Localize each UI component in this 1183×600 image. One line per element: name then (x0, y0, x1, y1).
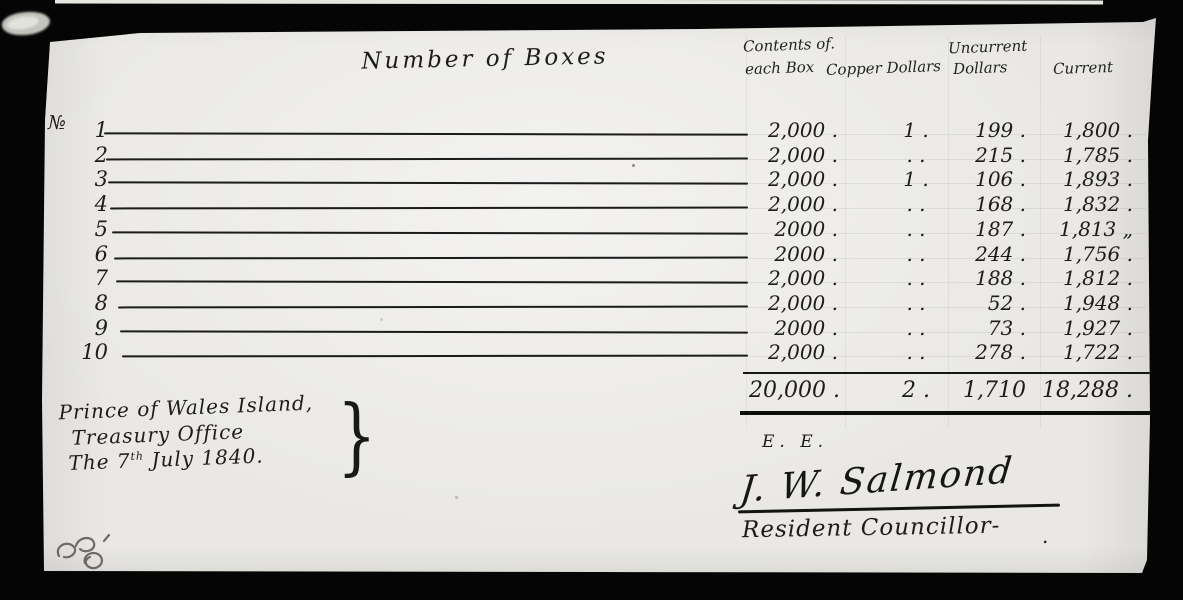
cell-copper-dollars: . . (885, 266, 947, 290)
totals-rule-above (743, 372, 1158, 374)
film-edge-sliver (55, 0, 1103, 4)
table-row: 32,000 .1 .106 .1,893 . (40, 167, 1160, 193)
cell-copper-dollars: . . (885, 242, 947, 266)
total-copper: 2 . (885, 378, 947, 403)
row-number: 9 (80, 316, 108, 340)
signature-role-period: . (1042, 524, 1048, 548)
row-rule-line (116, 281, 748, 284)
cell-copper-dollars: . . (885, 291, 947, 315)
total-contents: 20,000 . (732, 378, 840, 403)
row-number: 2 (80, 143, 108, 167)
row-rule-line (106, 157, 748, 160)
row-number: 6 (80, 242, 108, 266)
cell-contents: 2,000 . (738, 167, 838, 191)
header-uncurrent-line1: Uncurrent (948, 37, 1028, 58)
header-contents-line1: Contents of. (743, 34, 836, 55)
cell-copper-dollars: . . (885, 192, 947, 216)
cell-current-dollars: 1,812 . (1033, 266, 1133, 290)
cell-copper-dollars: 1 . (885, 118, 947, 142)
cell-copper-dollars: . . (885, 143, 947, 167)
row-rule-line (114, 256, 748, 259)
totals-rule-below (740, 411, 1162, 415)
cell-current-dollars: 1,948 . (1033, 291, 1133, 315)
table-row: 82,000 .. .52 .1,948 . (40, 291, 1160, 317)
header-contents-line2: each Box (745, 58, 815, 78)
cell-uncurrent-dollars: 168 . (948, 192, 1026, 216)
cell-contents: 2,000 . (738, 118, 838, 142)
row-number: 7 (80, 266, 108, 290)
total-uncurrent: 1,710 (948, 378, 1026, 403)
row-number: 10 (80, 340, 108, 364)
table-title: Number of Boxes (320, 43, 650, 76)
header-current: Current (1053, 58, 1114, 78)
cell-contents: 2,000 . (738, 266, 838, 290)
cell-current-dollars: 1,722 . (1033, 340, 1133, 364)
cell-uncurrent-dollars: 52 . (948, 291, 1026, 315)
cell-current-dollars: 1,756 . (1033, 242, 1133, 266)
cell-contents: 2,000 . (738, 291, 838, 315)
table-row: 42,000 .. .168 .1,832 . (40, 192, 1160, 218)
cell-uncurrent-dollars: 188 . (948, 266, 1026, 290)
cell-copper-dollars: . . (885, 217, 947, 241)
paper-speck (632, 164, 635, 167)
header-copper-dollars: Copper Dollars (826, 57, 942, 79)
errors-excepted-initials: E. E. (762, 432, 828, 452)
curly-brace: } (337, 386, 376, 485)
cell-uncurrent-dollars: 215 . (948, 143, 1026, 167)
row-rule-line (110, 207, 748, 210)
table-row: 102,000 .. .278 .1,722 . (40, 340, 1160, 366)
cell-contents: 2000 . (738, 217, 838, 241)
cell-contents: 2000 . (738, 242, 838, 266)
cell-contents: 2000 . (738, 316, 838, 340)
paper-speck (455, 496, 458, 499)
row-rule-line (118, 305, 748, 308)
cell-contents: 2,000 . (738, 192, 838, 216)
cell-current-dollars: 1,893 . (1033, 167, 1133, 191)
table-row: 22,000 .. .215 .1,785 . (40, 143, 1160, 169)
row-rule-line (122, 355, 748, 358)
cell-contents: 2,000 . (738, 340, 838, 364)
paper-speck (380, 318, 383, 321)
row-number: 3 (80, 167, 108, 191)
signature-role: Resident Councillor- (742, 513, 1001, 544)
header-uncurrent-line2: Dollars (953, 58, 1008, 78)
row-rule-line (104, 132, 748, 135)
ledger-page: Number of Boxes Contents of. each Box Co… (40, 18, 1160, 574)
table-row: 52000 .. .187 .1,813 „ (40, 217, 1160, 243)
row-rule-line (120, 330, 748, 333)
cell-current-dollars: 1,785 . (1033, 143, 1133, 167)
cell-uncurrent-dollars: 187 . (948, 217, 1026, 241)
cell-current-dollars: 1,800 . (1033, 118, 1133, 142)
row-rule-line (112, 231, 748, 234)
row-number: 1 (80, 118, 108, 142)
cell-uncurrent-dollars: 278 . (948, 340, 1026, 364)
table-row: 72,000 .. .188 .1,812 . (40, 266, 1160, 292)
cell-current-dollars: 1,927 . (1033, 316, 1133, 340)
cell-uncurrent-dollars: 73 . (948, 316, 1026, 340)
cell-current-dollars: 1,813 „ (1033, 217, 1133, 241)
corner-scribble (52, 526, 140, 578)
row-rule-line (108, 182, 748, 185)
table-row: 92000 .. .73 .1,927 . (40, 316, 1160, 342)
row-number: 5 (80, 217, 108, 241)
cell-current-dollars: 1,832 . (1033, 192, 1133, 216)
table-row: 62000 .. .244 .1,756 . (40, 242, 1160, 268)
cell-uncurrent-dollars: 244 . (948, 242, 1026, 266)
cell-copper-dollars: . . (885, 316, 947, 340)
cell-copper-dollars: . . (885, 340, 947, 364)
cell-uncurrent-dollars: 106 . (948, 167, 1026, 191)
signature-name: J. W. Salmond (738, 450, 1015, 511)
cell-uncurrent-dollars: 199 . (948, 118, 1026, 142)
cell-copper-dollars: 1 . (885, 167, 947, 191)
total-current: 18,288 . (1033, 378, 1133, 403)
row-number: 8 (80, 291, 108, 315)
cell-contents: 2,000 . (738, 143, 838, 167)
row-number: 4 (80, 192, 108, 216)
scanned-document-frame: Number of Boxes Contents of. each Box Co… (0, 0, 1183, 600)
table-row: 12,000 .1 .199 .1,800 . (40, 118, 1160, 144)
